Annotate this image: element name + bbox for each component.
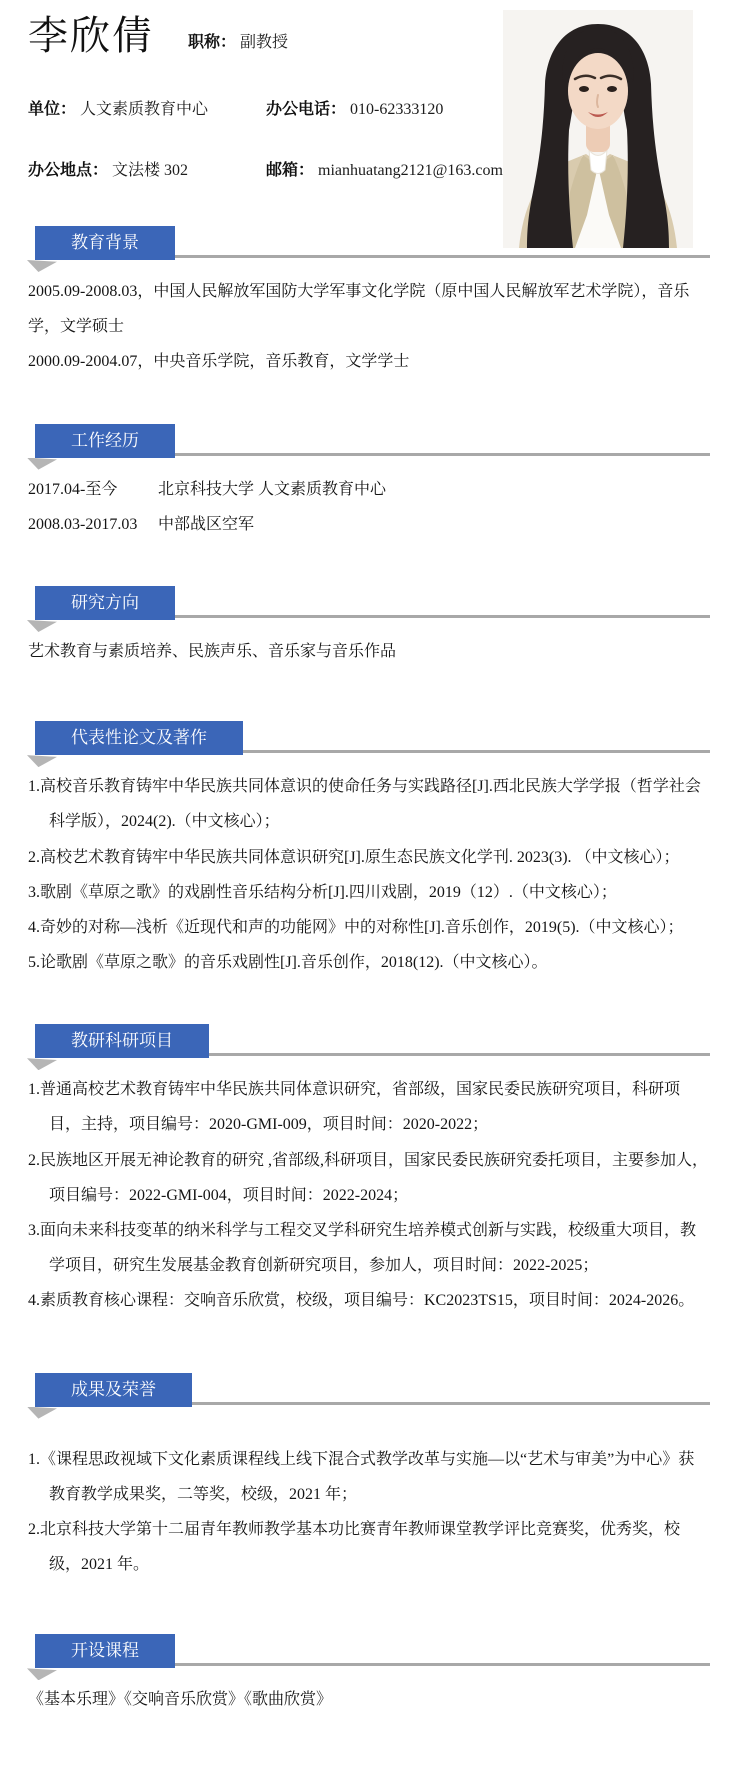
- field-office-phone-label: 办公电话：: [266, 101, 346, 118]
- section-research: 研究方向 艺术教育与素质培养、民族声乐、音乐家与音乐作品: [28, 586, 710, 669]
- section-projects-header: 教研科研项目: [28, 1024, 710, 1057]
- section-honors-body: 1.《课程思政视域下文化素质课程线上线下混合式教学改革与实施—以“艺术与审美”为…: [28, 1442, 710, 1583]
- section-work: 工作经历 2017.04-至今 北京科技大学 人文素质教育中心 2008.03-…: [28, 424, 710, 542]
- project-item: 3.面向未来科技变革的纳米科学与工程交叉学科研究生培养模式创新与实践，校级重大项…: [28, 1213, 710, 1283]
- field-office-phone: 办公电话： 010-62333120: [266, 96, 503, 119]
- paper-item: 2.高校艺术教育铸牢中华民族共同体意识研究[J].原生态民族文化学刊. 2023…: [28, 840, 710, 875]
- person-name: 李欣倩: [28, 14, 154, 58]
- job-title-row: 职称： 副教授: [188, 29, 288, 58]
- section-work-body: 2017.04-至今 北京科技大学 人文素质教育中心 2008.03-2017.…: [28, 472, 710, 542]
- honor-item: 1.《课程思政视域下文化素质课程线上线下混合式教学改革与实施—以“艺术与审美”为…: [28, 1442, 710, 1512]
- field-office-location: 办公地点： 文法楼 302: [28, 157, 266, 180]
- field-office-location-label: 办公地点：: [28, 162, 108, 179]
- field-department-label: 单位：: [28, 101, 76, 118]
- section-title-badge: 工作经历: [35, 424, 175, 458]
- faculty-profile-page: 李欣倩 职称： 副教授 单位： 人文素质教育中心 办公电话： 010-62333…: [0, 0, 738, 1788]
- section-education-title: 教育背景: [71, 233, 139, 252]
- section-papers-body: 1.高校音乐教育铸牢中华民族共同体意识的使命任务与实践路径[J].西北民族大学学…: [28, 769, 710, 980]
- project-item: 2.民族地区开展无神论教育的研究 ,省部级,科研项目，国家民委民族研究委托项目，…: [28, 1143, 710, 1213]
- field-department-value: 人文素质教育中心: [80, 101, 208, 118]
- section-title-badge: 开设课程: [35, 1634, 175, 1668]
- section-papers: 代表性论文及著作 1.高校音乐教育铸牢中华民族共同体意识的使命任务与实践路径[J…: [28, 721, 710, 980]
- section-projects-title: 教研科研项目: [71, 1031, 173, 1050]
- course-list: 《基本乐理》《交响音乐欣赏》《歌曲欣赏》: [28, 1682, 710, 1717]
- field-email-value: mianhuatang2121@163.com: [318, 162, 503, 179]
- work-place: 北京科技大学 人文素质教育中心: [158, 472, 386, 507]
- work-place: 中部战区空军: [158, 507, 254, 542]
- section-research-body: 艺术教育与素质培养、民族声乐、音乐家与音乐作品: [28, 634, 710, 669]
- section-projects-body: 1.普通高校艺术教育铸牢中华民族共同体意识研究，省部级，国家民委民族研究项目，科…: [28, 1072, 710, 1318]
- paper-item: 1.高校音乐教育铸牢中华民族共同体意识的使命任务与实践路径[J].西北民族大学学…: [28, 769, 710, 839]
- section-title-badge: 代表性论文及著作: [35, 721, 243, 755]
- section-title-badge: 教研科研项目: [35, 1024, 209, 1058]
- project-item: 4.素质教育核心课程：交响音乐欣赏，校级，项目编号：KC2023TS15，项目时…: [28, 1283, 710, 1318]
- section-work-title: 工作经历: [71, 431, 139, 450]
- section-education: 教育背景 2005.09-2008.03，中国人民解放军国防大学军事文化学院（原…: [28, 226, 710, 380]
- contact-fields: 单位： 人文素质教育中心 办公电话： 010-62333120 办公地点： 文法…: [28, 96, 498, 180]
- section-research-header: 研究方向: [28, 586, 710, 619]
- section-research-title: 研究方向: [71, 593, 139, 612]
- section-title-badge: 成果及荣誉: [35, 1373, 192, 1407]
- field-email-label: 邮箱：: [266, 162, 314, 179]
- honor-item: 2.北京科技大学第十二届青年教师教学基本功比赛青年教师课堂教学评比竞赛奖，优秀奖…: [28, 1512, 710, 1582]
- paper-item: 3.歌剧《草原之歌》的戏剧性音乐结构分析[J].四川戏剧，2019（12）.（中…: [28, 875, 710, 910]
- section-courses: 开设课程 《基本乐理》《交响音乐欣赏》《歌曲欣赏》: [28, 1634, 710, 1717]
- section-courses-title: 开设课程: [71, 1641, 139, 1660]
- section-title-badge: 研究方向: [35, 586, 175, 620]
- section-papers-title: 代表性论文及著作: [71, 728, 207, 747]
- section-education-header: 教育背景: [28, 226, 710, 259]
- job-title-label: 职称：: [188, 34, 236, 51]
- section-education-body: 2005.09-2008.03，中国人民解放军国防大学军事文化学院（原中国人民解…: [28, 274, 710, 380]
- field-office-location-value: 文法楼 302: [112, 162, 188, 179]
- paper-item: 5.论歌剧《草原之歌》的音乐戏剧性[J].音乐创作，2018(12).（中文核心…: [28, 945, 710, 980]
- work-period: 2008.03-2017.03: [28, 507, 158, 542]
- portrait-photo-illustration: [503, 10, 693, 248]
- section-papers-header: 代表性论文及著作: [28, 721, 710, 754]
- section-courses-header: 开设课程: [28, 1634, 710, 1667]
- section-courses-body: 《基本乐理》《交响音乐欣赏》《歌曲欣赏》: [28, 1682, 710, 1717]
- section-honors-header: 成果及荣誉: [28, 1373, 710, 1406]
- job-title-value: 副教授: [240, 34, 288, 51]
- project-item: 1.普通高校艺术教育铸牢中华民族共同体意识研究，省部级，国家民委民族研究项目，科…: [28, 1072, 710, 1142]
- section-title-badge: 教育背景: [35, 226, 175, 260]
- work-row: 2017.04-至今 北京科技大学 人文素质教育中心: [28, 472, 710, 507]
- section-work-header: 工作经历: [28, 424, 710, 457]
- profile-photo: [503, 10, 693, 248]
- work-period: 2017.04-至今: [28, 472, 158, 507]
- work-row: 2008.03-2017.03 中部战区空军: [28, 507, 710, 542]
- research-item: 艺术教育与素质培养、民族声乐、音乐家与音乐作品: [28, 634, 710, 669]
- section-honors-title: 成果及荣誉: [71, 1380, 156, 1399]
- education-item: 2000.09-2004.07，中央音乐学院，音乐教育，文学学士: [28, 344, 710, 379]
- field-office-phone-value: 010-62333120: [350, 101, 443, 118]
- field-email: 邮箱： mianhuatang2121@163.com: [266, 157, 503, 180]
- education-item: 2005.09-2008.03，中国人民解放军国防大学军事文化学院（原中国人民解…: [28, 274, 710, 344]
- field-department: 单位： 人文素质教育中心: [28, 96, 266, 119]
- section-honors: 成果及荣誉 1.《课程思政视域下文化素质课程线上线下混合式教学改革与实施—以“艺…: [28, 1373, 710, 1583]
- paper-item: 4.奇妙的对称—浅析《近现代和声的功能网》中的对称性[J].音乐创作，2019(…: [28, 910, 710, 945]
- section-projects: 教研科研项目 1.普通高校艺术教育铸牢中华民族共同体意识研究，省部级，国家民委民…: [28, 1024, 710, 1318]
